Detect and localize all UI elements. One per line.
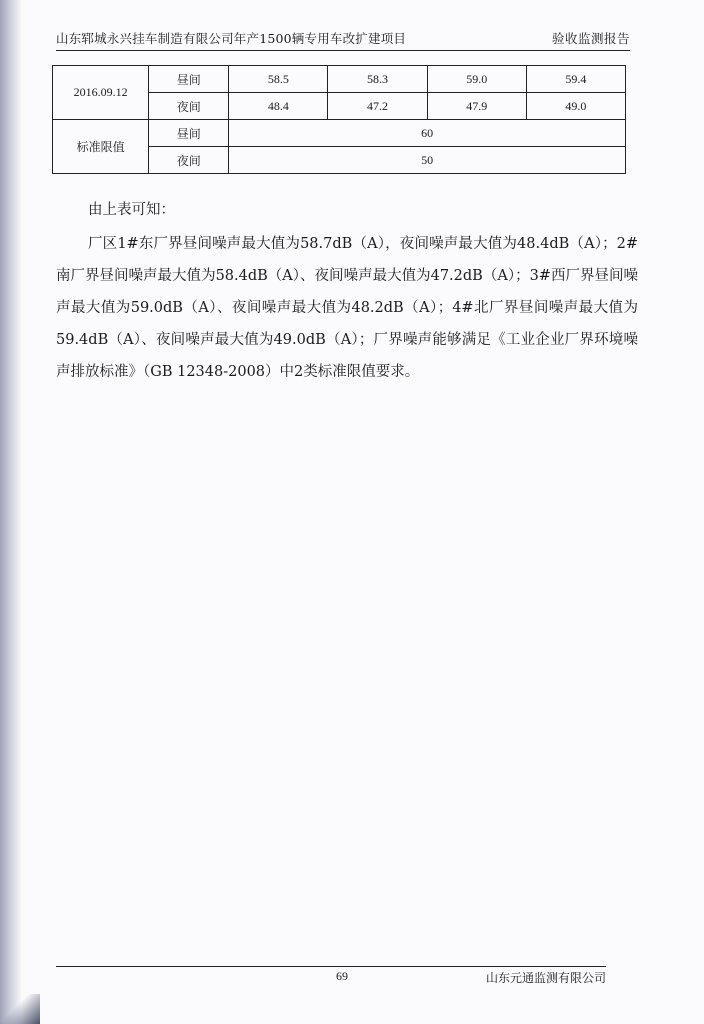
footer-company: 山东元通监测有限公司 <box>486 969 606 986</box>
table-row-day: 2016.09.12 昼间 58.5 58.3 59.0 59.4 <box>53 66 626 93</box>
page-binding-shadow <box>0 0 22 1024</box>
value-cell: 58.5 <box>229 66 328 93</box>
period-label-night: 夜间 <box>149 93 229 120</box>
period-label-night: 夜间 <box>149 147 229 174</box>
standard-label-cell: 标准限值 <box>53 120 149 174</box>
period-label-day: 昼间 <box>149 66 229 93</box>
header-report-type: 验收监测报告 <box>552 29 630 47</box>
conclusion-intro: 由上表可知： <box>88 198 670 219</box>
standard-night-value: 50 <box>229 147 626 174</box>
table-row-standard-day: 标准限值 昼间 60 <box>53 120 626 147</box>
value-cell: 59.0 <box>427 66 526 93</box>
value-cell: 49.0 <box>526 93 625 120</box>
value-cell: 59.4 <box>526 66 625 93</box>
date-cell: 2016.09.12 <box>53 66 149 120</box>
value-cell: 48.4 <box>229 93 328 120</box>
page-corner-shadow <box>0 994 40 1024</box>
page-footer: 69 山东元通监测有限公司 <box>56 966 606 967</box>
page-header: 山东郓城永兴挂车制造有限公司年产1500辆专用车改扩建项目 验收监测报告 <box>56 26 630 51</box>
noise-results-table: 2016.09.12 昼间 58.5 58.3 59.0 59.4 夜间 48.… <box>52 65 626 174</box>
standard-day-value: 60 <box>229 120 626 147</box>
value-cell: 47.2 <box>328 93 427 120</box>
conclusion-paragraph: 厂区1#东厂界昼间噪声最大值为58.7dB（A），夜间噪声最大值为48.4dB（… <box>56 228 638 388</box>
header-project-title: 山东郓城永兴挂车制造有限公司年产1500辆专用车改扩建项目 <box>56 29 406 47</box>
page-number: 69 <box>336 969 348 984</box>
period-label-day: 昼间 <box>149 120 229 147</box>
value-cell: 47.9 <box>427 93 526 120</box>
value-cell: 58.3 <box>328 66 427 93</box>
